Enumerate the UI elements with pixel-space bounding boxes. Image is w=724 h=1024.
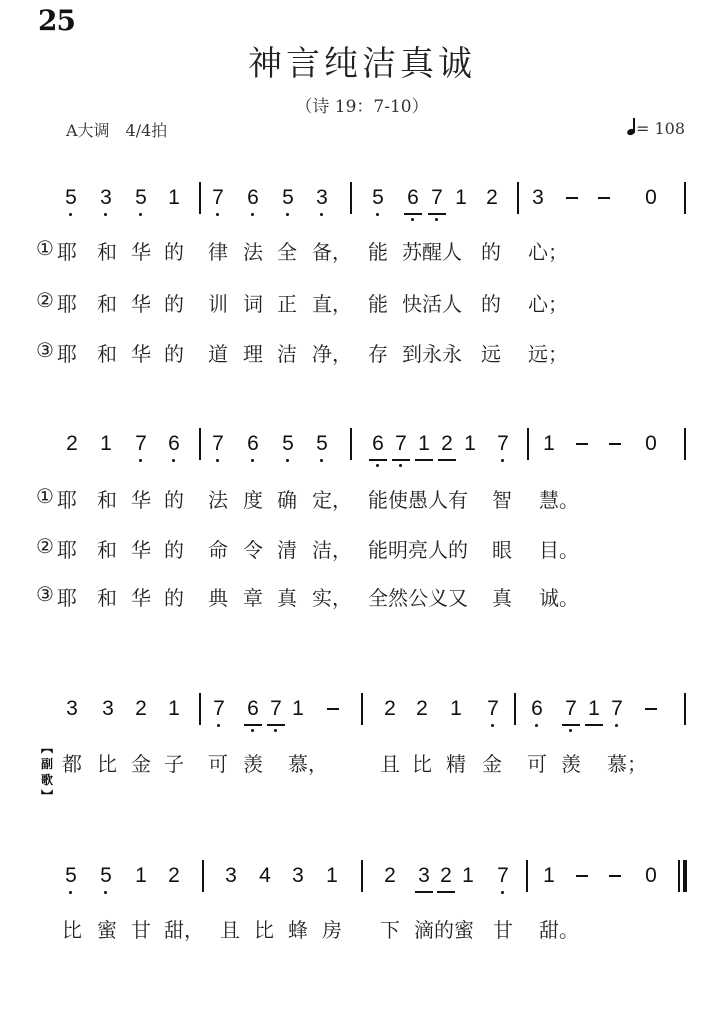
note: 1 [458,864,478,888]
note: 3 [528,186,548,210]
lyric-syllable: 实， [312,582,352,611]
lyric-syllable: 和 [97,288,117,317]
lyric-syllable: 蜜 [97,914,117,943]
note: 5 [96,864,116,888]
note: 7 [427,186,447,210]
lyric-line-3-1: 都 比 金 子 可 羡 慕， 且 比 精 金 可 羡 慕； [0,748,724,778]
note: 7 [391,432,411,456]
note: 2 [437,432,457,456]
note: 6 [243,697,263,721]
lyric-syllable: 和 [97,236,117,265]
lyric-syllable: 且 [380,748,400,777]
lyric-syllable: 比 [97,748,117,777]
page-title: 神言纯洁真诚 [0,36,724,85]
lyric-syllable: 远； [528,338,568,367]
lyric-syllable: 度 [243,484,263,513]
bar-line [199,428,201,460]
tempo-value: = 108 [636,119,685,138]
lyric-syllable: 慧。 [539,484,579,513]
dash-hold [598,197,610,199]
dash-hold [609,875,621,877]
rest: 0 [641,864,661,888]
note: 3 [312,186,332,210]
lyric-syllable: 的 [164,484,184,513]
lyric-syllable: 洁 [277,338,297,367]
note: 6 [368,432,388,456]
lyric-syllable: 下 [380,914,400,943]
hymn-number: 25 [38,4,75,37]
lyric-line-4-1: 比 蜜 甘 甜， 且 比 蜂 房 下 滴的蜜 甘 甜。 [0,914,724,944]
lyric-syllable: 子 [164,748,184,777]
lyric-line-2-1: ① 耶 和 华 的 法 度 确 定， 能使愚人有 智 慧。 [0,484,724,514]
lyric-syllable: 道 [208,338,228,367]
final-bar-thin [678,860,680,892]
lyric-syllable: 耶 [57,484,77,513]
dash-hold [576,875,588,877]
final-bar-thick [683,860,687,892]
bar-line [527,428,529,460]
lyric-syllable: ③ [36,582,54,606]
note: 2 [62,432,82,456]
lyric-line-1-2: ② 耶 和 华 的 训 词 正 直， 能 快活人 的 心； [0,288,724,318]
note: 1 [446,697,466,721]
bar-line [199,693,201,725]
lyric-syllable: 慕， [288,748,328,777]
bar-line [361,693,363,725]
bar-line [526,860,528,892]
lyric-line-1-1: ① 耶 和 华 的 律 法 全 备， 能 苏醒人 的 心； [0,236,724,266]
bar-line [684,182,686,214]
lyric-syllable: 能 [368,236,388,265]
lyric-syllable: 理 [243,338,263,367]
lyric-syllable: 律 [208,236,228,265]
note: 1 [322,864,342,888]
note: 2 [436,864,456,888]
rest: 0 [641,432,661,456]
lyric-syllable: 甜， [164,914,204,943]
note: 1 [164,697,184,721]
lyric-syllable: 华 [131,484,151,513]
lyric-syllable: ② [36,288,54,312]
bar-line [199,182,201,214]
lyric-syllable: 蜂 [288,914,308,943]
lyric-syllable: 和 [97,338,117,367]
lyric-syllable: 的 [164,338,184,367]
lyric-line-1-3: ③ 耶 和 华 的 道 理 洁 净， 存 到永永 远 远； [0,338,724,368]
dash-hold [609,443,621,445]
lyric-line-2-3: ③ 耶 和 华 的 典 章 真 实， 全然公义又 真 诚。 [0,582,724,612]
lyric-syllable: 洁， [312,534,352,563]
lyric-syllable: ① [36,236,54,260]
note: 7 [266,697,286,721]
note: 5 [278,432,298,456]
notation-row-2: 2 1 7 6 7 6 5 5 6 7 1 2 1 7 1 0 [0,432,724,492]
bar-line [202,860,204,892]
note: 7 [561,697,581,721]
note: 2 [131,697,151,721]
lyric-syllable: 令 [243,534,263,563]
note: 7 [208,186,228,210]
lyric-syllable: 耶 [57,338,77,367]
lyric-syllable: 诚。 [539,582,579,611]
lyric-syllable: 智 [492,484,512,513]
lyric-syllable: 金 [131,748,151,777]
lyric-syllable: 定， [312,484,352,513]
lyric-syllable: 的 [164,236,184,265]
lyric-syllable: 到永永 [402,338,462,367]
note: 2 [380,864,400,888]
lyric-syllable: 精 [446,748,466,777]
note: 2 [380,697,400,721]
lyric-syllable: 华 [131,534,151,563]
lyric-syllable: 能 [368,288,388,317]
lyric-syllable: 和 [97,582,117,611]
lyric-syllable: 甘 [493,914,513,943]
note: 7 [209,697,229,721]
note: 1 [584,697,604,721]
note: 6 [164,432,184,456]
note: 3 [221,864,241,888]
lyric-syllable: 耶 [57,236,77,265]
note: 1 [451,186,471,210]
note: 5 [278,186,298,210]
lyric-syllable: 金 [482,748,502,777]
lyric-line-2-2: ② 耶 和 华 的 命 令 清 洁， 能明亮人的 眼 目。 [0,534,724,564]
lyric-syllable: 全然公义又 [368,582,468,611]
note: 6 [243,432,263,456]
note: 1 [288,697,308,721]
lyric-syllable: 词 [243,288,263,317]
note: 3 [98,697,118,721]
note: 4 [255,864,275,888]
note: 6 [527,697,547,721]
key-time-signature: A大调 4/4拍 [66,118,167,141]
note: 7 [493,864,513,888]
note: 5 [61,864,81,888]
lyric-syllable: 华 [131,338,151,367]
lyric-syllable: 法 [243,236,263,265]
note: 1 [460,432,480,456]
note: 6 [403,186,423,210]
lyric-syllable: 典 [208,582,228,611]
lyric-syllable: 净， [312,338,352,367]
note: 7 [493,432,513,456]
dash-hold [566,197,578,199]
lyric-syllable: 比 [62,914,82,943]
note: 1 [539,864,559,888]
note: 5 [368,186,388,210]
bar-line [350,182,352,214]
lyric-syllable: 直， [312,288,352,317]
note: 2 [412,697,432,721]
lyric-syllable: 确 [277,484,297,513]
quarter-note-icon [626,118,636,136]
lyric-syllable: 清 [277,534,297,563]
lyric-syllable: 滴的蜜 [414,914,474,943]
lyric-syllable: 命 [208,534,228,563]
bar-line [517,182,519,214]
lyric-syllable: 目。 [539,534,579,563]
lyric-syllable: 比 [254,914,274,943]
lyric-syllable: 可 [208,748,228,777]
note: 5 [61,186,81,210]
dash-hold [327,708,339,710]
scripture-reference: （诗 19：7-10） [0,92,724,117]
note: 2 [164,864,184,888]
note: 3 [288,864,308,888]
lyric-syllable: 真 [277,582,297,611]
lyric-syllable: 心； [528,236,568,265]
note: 3 [414,864,434,888]
lyric-syllable: 章 [243,582,263,611]
note: 7 [208,432,228,456]
lyric-syllable: 和 [97,484,117,513]
bracket-close: ︼ [38,788,56,804]
note: 5 [312,432,332,456]
lyric-syllable: 训 [208,288,228,317]
lyric-syllable: 真 [492,582,512,611]
lyric-syllable: 华 [131,236,151,265]
lyric-syllable: 苏醒人 [402,236,462,265]
lyric-syllable: 的 [164,582,184,611]
note: 7 [607,697,627,721]
bar-line [514,693,516,725]
bar-line [350,428,352,460]
lyric-syllable: ① [36,484,54,508]
lyric-syllable: 全 [277,236,297,265]
lyric-syllable: ③ [36,338,54,362]
note: 3 [96,186,116,210]
tempo-marking: = 108 [626,118,685,138]
note: 7 [131,432,151,456]
bar-line [684,428,686,460]
lyric-syllable: 快活人 [402,288,462,317]
rest: 0 [641,186,661,210]
dash-hold [645,708,657,710]
note: 6 [243,186,263,210]
bar-line [684,693,686,725]
lyric-syllable: 存 [368,338,388,367]
lyric-syllable: 备， [312,236,352,265]
note: 1 [414,432,434,456]
lyric-syllable: 都 [62,748,82,777]
lyric-syllable: 华 [131,288,151,317]
lyric-syllable: 和 [97,534,117,563]
lyric-syllable: 的 [481,288,501,317]
note: 7 [483,697,503,721]
note: 5 [131,186,151,210]
lyric-syllable: 能使愚人有 [368,484,468,513]
lyric-syllable: 法 [208,484,228,513]
lyric-syllable: 甘 [131,914,151,943]
lyric-syllable: 正 [277,288,297,317]
bar-line [361,860,363,892]
lyric-syllable: 耶 [57,534,77,563]
lyric-syllable: 的 [164,534,184,563]
note: 1 [131,864,151,888]
lyric-syllable: 耶 [57,582,77,611]
lyric-syllable: 比 [412,748,432,777]
note: 3 [62,697,82,721]
lyric-syllable: 房 [322,914,342,943]
note: 1 [539,432,559,456]
dash-hold [576,443,588,445]
lyric-syllable: 可 [527,748,547,777]
lyric-syllable: 眼 [492,534,512,563]
lyric-syllable: 的 [164,288,184,317]
lyric-syllable: 甜。 [539,914,579,943]
note: 1 [96,432,116,456]
lyric-syllable: 能明亮人的 [368,534,468,563]
lyric-syllable: 且 [220,914,240,943]
lyric-syllable: 华 [131,582,151,611]
lyric-syllable: 羡 [243,748,263,777]
note: 2 [482,186,502,210]
lyric-syllable: 的 [481,236,501,265]
lyric-syllable: 羡 [561,748,581,777]
lyric-syllable: 耶 [57,288,77,317]
lyric-syllable: 心； [528,288,568,317]
lyric-syllable: 慕； [607,748,647,777]
note: 1 [164,186,184,210]
lyric-syllable: 远 [481,338,501,367]
lyric-syllable: ② [36,534,54,558]
